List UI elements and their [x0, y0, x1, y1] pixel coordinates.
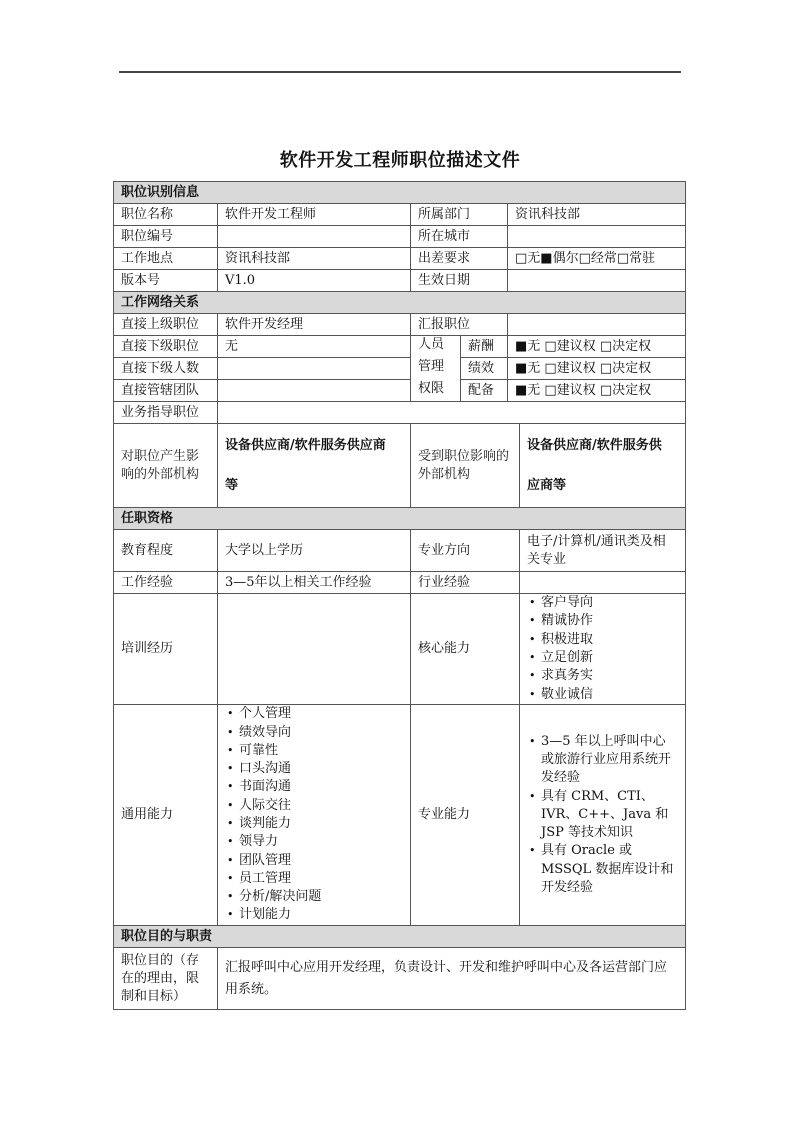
table-row: 直接上级职位 软件开发经理 汇报职位	[114, 314, 686, 336]
list-item: 立足创新	[527, 649, 678, 667]
table-row: 职位编号 所在城市	[114, 226, 686, 248]
label-core-competency: 核心能力	[411, 594, 520, 705]
value-sub-count	[218, 358, 411, 380]
list-item: 团队管理	[225, 852, 403, 870]
label-guidance: 业务指导职位	[114, 402, 218, 424]
value-purpose: 汇报呼叫中心应用开发经理，负责设计、开发和维护呼叫中心及各运营部门应用系统。	[218, 948, 686, 1010]
label-team: 直接管辖团队	[114, 380, 218, 402]
label-education: 教育程度	[114, 530, 218, 572]
section-header-network: 工作网络关系	[114, 292, 686, 314]
document-title: 软件开发工程师职位描述文件	[0, 146, 800, 172]
value-guidance	[218, 402, 686, 424]
value-superior: 软件开发经理	[218, 314, 411, 336]
value-industry-experience	[520, 572, 686, 594]
section-header-identification: 职位识别信息	[114, 182, 686, 204]
list-item: 谈判能力	[225, 815, 403, 833]
table-row: 职位名称 软件开发工程师 所属部门 资讯科技部	[114, 204, 686, 226]
table-row: 职位目的（存在的理由，限制和目标） 汇报呼叫中心应用开发经理，负责设计、开发和维…	[114, 948, 686, 1010]
section-header-qualifications: 任职资格	[114, 508, 686, 530]
value-influencing-orgs: 设备供应商/软件服务供应商 等	[218, 424, 411, 508]
value-report-to	[508, 314, 686, 336]
header-rule	[119, 71, 681, 73]
table-row: 对职位产生影响的外部机构 设备供应商/软件服务供应商 等 受到职位影响的外部机构…	[114, 424, 686, 508]
table-row: 培训经历 核心能力 客户导向 精诚协作 积极进取 立足创新 求真务实 敬业诚信	[114, 594, 686, 705]
professional-competency-list: 3—5 年以上呼叫中心或旅游行业应用系统开发经验 具有 CRM、CTI、IVR、…	[527, 733, 678, 898]
label-report-to: 汇报职位	[411, 314, 508, 336]
label-work-location: 工作地点	[114, 248, 218, 270]
label-sub-position: 直接下级职位	[114, 336, 218, 358]
list-item: 3—5 年以上呼叫中心或旅游行业应用系统开发经验	[527, 733, 678, 788]
value-experience: 3—5年以上相关工作经验	[218, 572, 411, 594]
table-row: 工作地点 资讯科技部 出差要求 □无■偶尔□经常□常驻	[114, 248, 686, 270]
label-position-code: 职位编号	[114, 226, 218, 248]
value-general-competency: 个人管理 绩效导向 可靠性 口头沟通 书面沟通 人际交往 谈判能力 领导力 团队…	[218, 705, 411, 926]
table-row: 直接下级人数 绩效 ■无 □建议权 □决定权	[114, 358, 686, 380]
list-item: 计划能力	[225, 906, 403, 924]
value-effective-date	[508, 270, 686, 292]
value-authority-staffing: ■无 □建议权 □决定权	[508, 380, 686, 402]
label-position-name: 职位名称	[114, 204, 218, 226]
value-core-competency: 客户导向 精诚协作 积极进取 立足创新 求真务实 敬业诚信	[520, 594, 686, 705]
list-item: 具有 CRM、CTI、IVR、C++、Java 和 JSP 等技术知识	[527, 788, 678, 843]
general-competency-list: 个人管理 绩效导向 可靠性 口头沟通 书面沟通 人际交往 谈判能力 领导力 团队…	[225, 705, 403, 925]
label-city: 所在城市	[411, 226, 508, 248]
list-item: 个人管理	[225, 705, 403, 723]
value-influenced-orgs: 设备供应商/软件服务供 应商等	[520, 424, 686, 508]
value-authority-salary: ■无 □建议权 □决定权	[508, 336, 686, 358]
job-description-table: 职位识别信息 职位名称 软件开发工程师 所属部门 资讯科技部 职位编号 所在城市…	[113, 181, 686, 1010]
value-professional-competency: 3—5 年以上呼叫中心或旅游行业应用系统开发经验 具有 CRM、CTI、IVR、…	[520, 705, 686, 926]
list-item: 积极进取	[527, 631, 678, 649]
label-purpose: 职位目的（存在的理由，限制和目标）	[114, 948, 218, 1010]
label-department: 所属部门	[411, 204, 508, 226]
list-item: 求真务实	[527, 667, 678, 685]
label-authority-staffing: 配备	[461, 380, 508, 402]
value-travel-checkboxes: □无■偶尔□经常□常驻	[508, 248, 686, 270]
label-authority: 人员 管理 权限	[411, 336, 461, 402]
label-major: 专业方向	[411, 530, 520, 572]
value-education: 大学以上学历	[218, 530, 411, 572]
value-city	[508, 226, 686, 248]
table-row: 通用能力 个人管理 绩效导向 可靠性 口头沟通 书面沟通 人际交往 谈判能力 领…	[114, 705, 686, 926]
value-authority-performance: ■无 □建议权 □决定权	[508, 358, 686, 380]
table-row: 教育程度 大学以上学历 专业方向 电子/计算机/通讯类及相关专业	[114, 530, 686, 572]
label-industry-experience: 行业经验	[411, 572, 520, 594]
table-row: 版本号 V1.0 生效日期	[114, 270, 686, 292]
table-row: 直接管辖团队 配备 ■无 □建议权 □决定权	[114, 380, 686, 402]
label-training: 培训经历	[114, 594, 218, 705]
value-team	[218, 380, 411, 402]
list-item: 领导力	[225, 833, 403, 851]
label-authority-salary: 薪酬	[461, 336, 508, 358]
label-travel: 出差要求	[411, 248, 508, 270]
label-sub-count: 直接下级人数	[114, 358, 218, 380]
list-item: 员工管理	[225, 870, 403, 888]
label-version: 版本号	[114, 270, 218, 292]
list-item: 绩效导向	[225, 724, 403, 742]
core-competency-list: 客户导向 精诚协作 积极进取 立足创新 求真务实 敬业诚信	[527, 594, 678, 704]
list-item: 可靠性	[225, 742, 403, 760]
value-department: 资讯科技部	[508, 204, 686, 226]
list-item: 口头沟通	[225, 760, 403, 778]
list-item: 客户导向	[527, 594, 678, 612]
value-work-location: 资讯科技部	[218, 248, 411, 270]
table-row: 业务指导职位	[114, 402, 686, 424]
list-item: 分析/解决问题	[225, 888, 403, 906]
table-row: 直接下级职位 无 人员 管理 权限 薪酬 ■无 □建议权 □决定权	[114, 336, 686, 358]
list-item: 具有 Oracle 或 MSSQL 数据库设计和开发经验	[527, 842, 678, 897]
label-influencing-orgs: 对职位产生影响的外部机构	[114, 424, 218, 508]
label-superior: 直接上级职位	[114, 314, 218, 336]
label-influenced-orgs: 受到职位影响的外部机构	[411, 424, 520, 508]
value-major: 电子/计算机/通讯类及相关专业	[520, 530, 686, 572]
list-item: 书面沟通	[225, 778, 403, 796]
section-header-purpose: 职位目的与职责	[114, 926, 686, 948]
list-item: 敬业诚信	[527, 686, 678, 704]
list-item: 精诚协作	[527, 612, 678, 630]
list-item: 人际交往	[225, 797, 403, 815]
value-sub-position: 无	[218, 336, 411, 358]
value-training	[218, 594, 411, 705]
value-position-name: 软件开发工程师	[218, 204, 411, 226]
table-row: 工作经验 3—5年以上相关工作经验 行业经验	[114, 572, 686, 594]
label-general-competency: 通用能力	[114, 705, 218, 926]
value-version: V1.0	[218, 270, 411, 292]
label-effective-date: 生效日期	[411, 270, 508, 292]
value-position-code	[218, 226, 411, 248]
label-professional-competency: 专业能力	[411, 705, 520, 926]
label-authority-performance: 绩效	[461, 358, 508, 380]
label-experience: 工作经验	[114, 572, 218, 594]
